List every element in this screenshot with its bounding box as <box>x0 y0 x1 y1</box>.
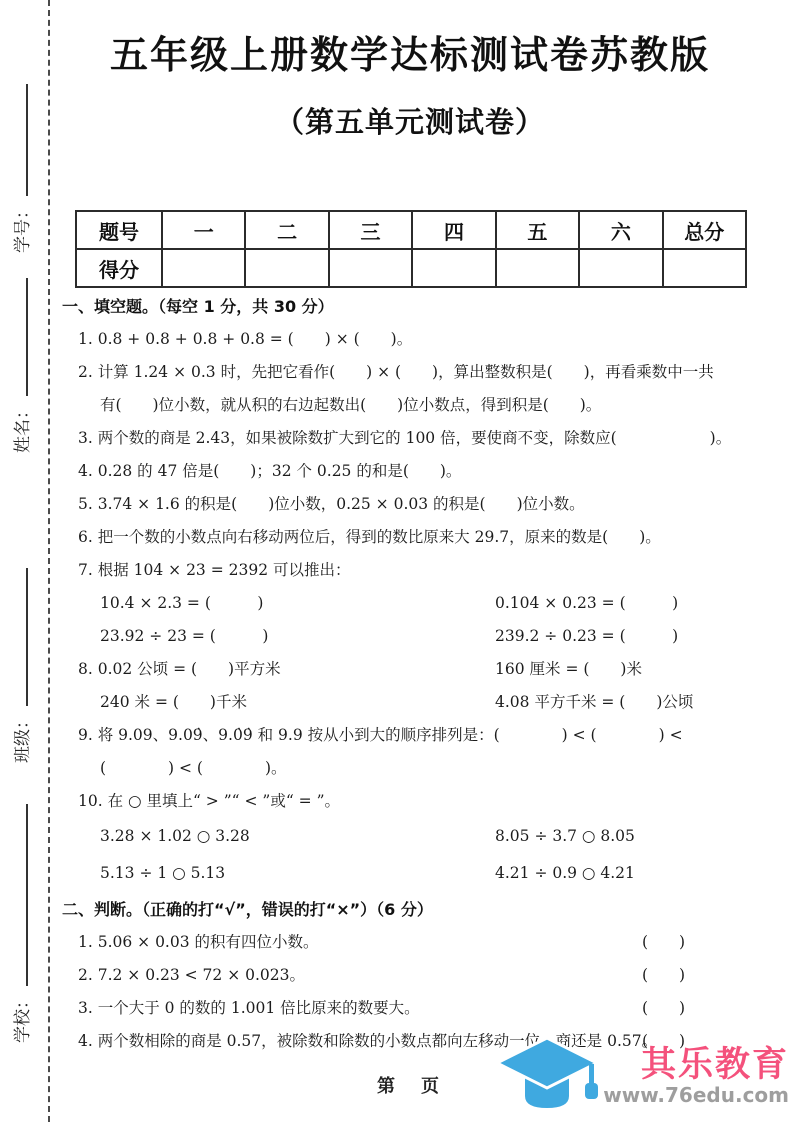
score-cell-empty <box>412 249 495 287</box>
seal-field-name: 姓名： <box>11 268 35 453</box>
question-9-line2: ( ) < ( )。 <box>62 752 752 785</box>
seal-blank-line <box>26 84 28 196</box>
publisher-logo: 其乐教育 www.76edu.com <box>491 1036 789 1116</box>
score-cell-empty <box>162 249 245 287</box>
score-table-cell-q4: 四 <box>412 211 495 249</box>
score-table-cell-total: 总分 <box>663 211 746 249</box>
seal-field-school: 学校： <box>11 793 35 1043</box>
seal-label-name: 姓名： <box>13 402 33 453</box>
seal-field-class: 班级： <box>11 563 35 763</box>
judge-2-text: 2. 7.2 × 0.23 < 72 × 0.023。 <box>78 966 305 984</box>
score-table-cell-q1: 一 <box>162 211 245 249</box>
q10-r1-left: 3.28 × 1.02 ○ 3.28 <box>100 827 250 845</box>
logo-text-block: 其乐教育 www.76edu.com <box>603 1046 789 1107</box>
q7-r2-left: 23.92 ÷ 23 = ( ) <box>100 627 268 645</box>
judge-3-text: 3. 一个大于 0 的数的 1.001 倍比原来的数要大。 <box>78 999 420 1017</box>
seal-label-school: 学校： <box>13 992 33 1043</box>
score-table-score-row: 得分 <box>76 249 746 287</box>
judge-1-text: 1. 5.06 × 0.03 的积有四位小数。 <box>78 933 319 951</box>
score-table-cell-label: 题号 <box>76 211 162 249</box>
seal-label-class: 班级： <box>13 712 33 763</box>
seal-blank-line <box>26 278 28 396</box>
question-7-row1: 10.4 × 2.3 = ( ) 0.104 × 0.23 = ( ) <box>62 587 752 620</box>
score-cell-empty <box>496 249 579 287</box>
question-5: 5. 3.74 × 1.6 的积是( )位小数，0.25 × 0.03 的积是(… <box>62 488 752 521</box>
judge-item-3: 3. 一个大于 0 的数的 1.001 倍比原来的数要大。 ( ) <box>62 992 752 1025</box>
question-9-line1: 9. 将 9.09、9.09̇、9.0̇9̇ 和 9.9 按从小到大的顺序排列是… <box>62 719 752 752</box>
page-subtitle: （第五单元测试卷） <box>60 100 760 141</box>
judge-item-1: 1. 5.06 × 0.03 的积有四位小数。 ( ) <box>62 926 752 959</box>
score-table-cell-q5: 五 <box>496 211 579 249</box>
score-cell-empty <box>579 249 662 287</box>
seal-blank-line <box>26 804 28 986</box>
judge-item-2: 2. 7.2 × 0.23 < 72 × 0.023。 ( ) <box>62 959 752 992</box>
section-true-false: 二、判断。（正确的打“√”，错误的打“×”）（6 分） 1. 5.06 × 0.… <box>62 893 752 1058</box>
question-2-line2: 有( )位小数，就从积的右边起数出( )位小数点，得到积是( )。 <box>62 389 752 422</box>
q7-r1-left: 10.4 × 2.3 = ( ) <box>100 594 263 612</box>
question-10-row1: 3.28 × 1.02 ○ 3.28 8.05 ÷ 3.7 ○ 8.05 <box>62 818 752 855</box>
score-table-header-row: 题号 一 二 三 四 五 六 总分 <box>76 211 746 249</box>
page-title: 五年级上册数学达标测试卷苏教版 <box>60 24 760 79</box>
judge-1-answer-blank: ( ) <box>642 926 685 959</box>
question-4: 4. 0.28 的 47 倍是( )；32 个 0.25 的和是( )。 <box>62 455 752 488</box>
score-table-cell-q2: 二 <box>245 211 328 249</box>
score-table: 题号 一 二 三 四 五 六 总分 得分 <box>75 210 747 288</box>
q10-r2-right: 4.21 ÷ 0.9 ○ 4.21 <box>495 855 635 892</box>
question-1: 1. 0.8 + 0.8 + 0.8 + 0.8 = ( ) × ( )。 <box>62 323 752 356</box>
question-10-row2: 5.13 ÷ 1 ○ 5.13 4.21 ÷ 0.9 ○ 4.21 <box>62 855 752 892</box>
graduation-cap-icon <box>491 1036 599 1116</box>
question-8-row2: 240 米 = ( )千米 4.08 平方千米 = ( )公顷 <box>62 686 752 719</box>
q7-r1-right: 0.104 × 0.23 = ( ) <box>495 587 678 620</box>
q7-r2-right: 239.2 ÷ 0.23 = ( ) <box>495 620 678 653</box>
score-cell-empty <box>245 249 328 287</box>
question-8-row1: 8. 0.02 公顷 = ( )平方米 160 厘米 = ( )米 <box>62 653 752 686</box>
seal-blank-line <box>26 568 28 706</box>
question-7-row2: 23.92 ÷ 23 = ( ) 239.2 ÷ 0.23 = ( ) <box>62 620 752 653</box>
test-paper-page: 学号： 姓名： 班级： 学校： 五年级上册数学达标测试卷苏教版 （第五单元测试卷… <box>0 0 793 1122</box>
seal-field-student-number: 学号： <box>11 63 35 253</box>
q8-r2-right: 4.08 平方千米 = ( )公顷 <box>495 686 693 719</box>
q8-r1-left: 8. 0.02 公顷 = ( )平方米 <box>78 660 281 678</box>
question-3: 3. 两个数的商是 2.43，如果被除数扩大到它的 100 倍，要使商不变，除数… <box>62 422 752 455</box>
seal-label-student-number: 学号： <box>13 202 33 253</box>
section-fill-in-blanks: 一、填空题。（每空 1 分，共 30 分） 1. 0.8 + 0.8 + 0.8… <box>62 290 752 892</box>
score-table-cell-q3: 三 <box>329 211 412 249</box>
question-6: 6. 把一个数的小数点向右移动两位后，得到的数比原来大 29.7，原来的数是( … <box>62 521 752 554</box>
score-cell-empty <box>329 249 412 287</box>
question-7-head: 7. 根据 104 × 23 = 2392 可以推出： <box>62 554 752 587</box>
q8-r1-right: 160 厘米 = ( )米 <box>495 653 642 686</box>
section1-heading: 一、填空题。（每空 1 分，共 30 分） <box>62 290 752 323</box>
score-row-label: 得分 <box>76 249 162 287</box>
logo-brand-name: 其乐教育 <box>641 1046 789 1085</box>
question-2-line1: 2. 计算 1.24 × 0.3 时，先把它看作( ) × ( )，算出整数积是… <box>62 356 752 389</box>
judge-3-answer-blank: ( ) <box>642 992 685 1025</box>
question-10-head: 10. 在 ○ 里填上“ > ”“ < ”或“ = ”。 <box>62 785 752 818</box>
q10-r2-left: 5.13 ÷ 1 ○ 5.13 <box>100 864 225 882</box>
q10-r1-right: 8.05 ÷ 3.7 ○ 8.05 <box>495 818 635 855</box>
score-cell-empty <box>663 249 746 287</box>
logo-website-url: www.76edu.com <box>603 1084 789 1106</box>
judge-2-answer-blank: ( ) <box>642 959 685 992</box>
section2-heading: 二、判断。（正确的打“√”，错误的打“×”）（6 分） <box>62 893 752 926</box>
q8-r2-left: 240 米 = ( )千米 <box>100 693 247 711</box>
score-table-cell-q6: 六 <box>579 211 662 249</box>
